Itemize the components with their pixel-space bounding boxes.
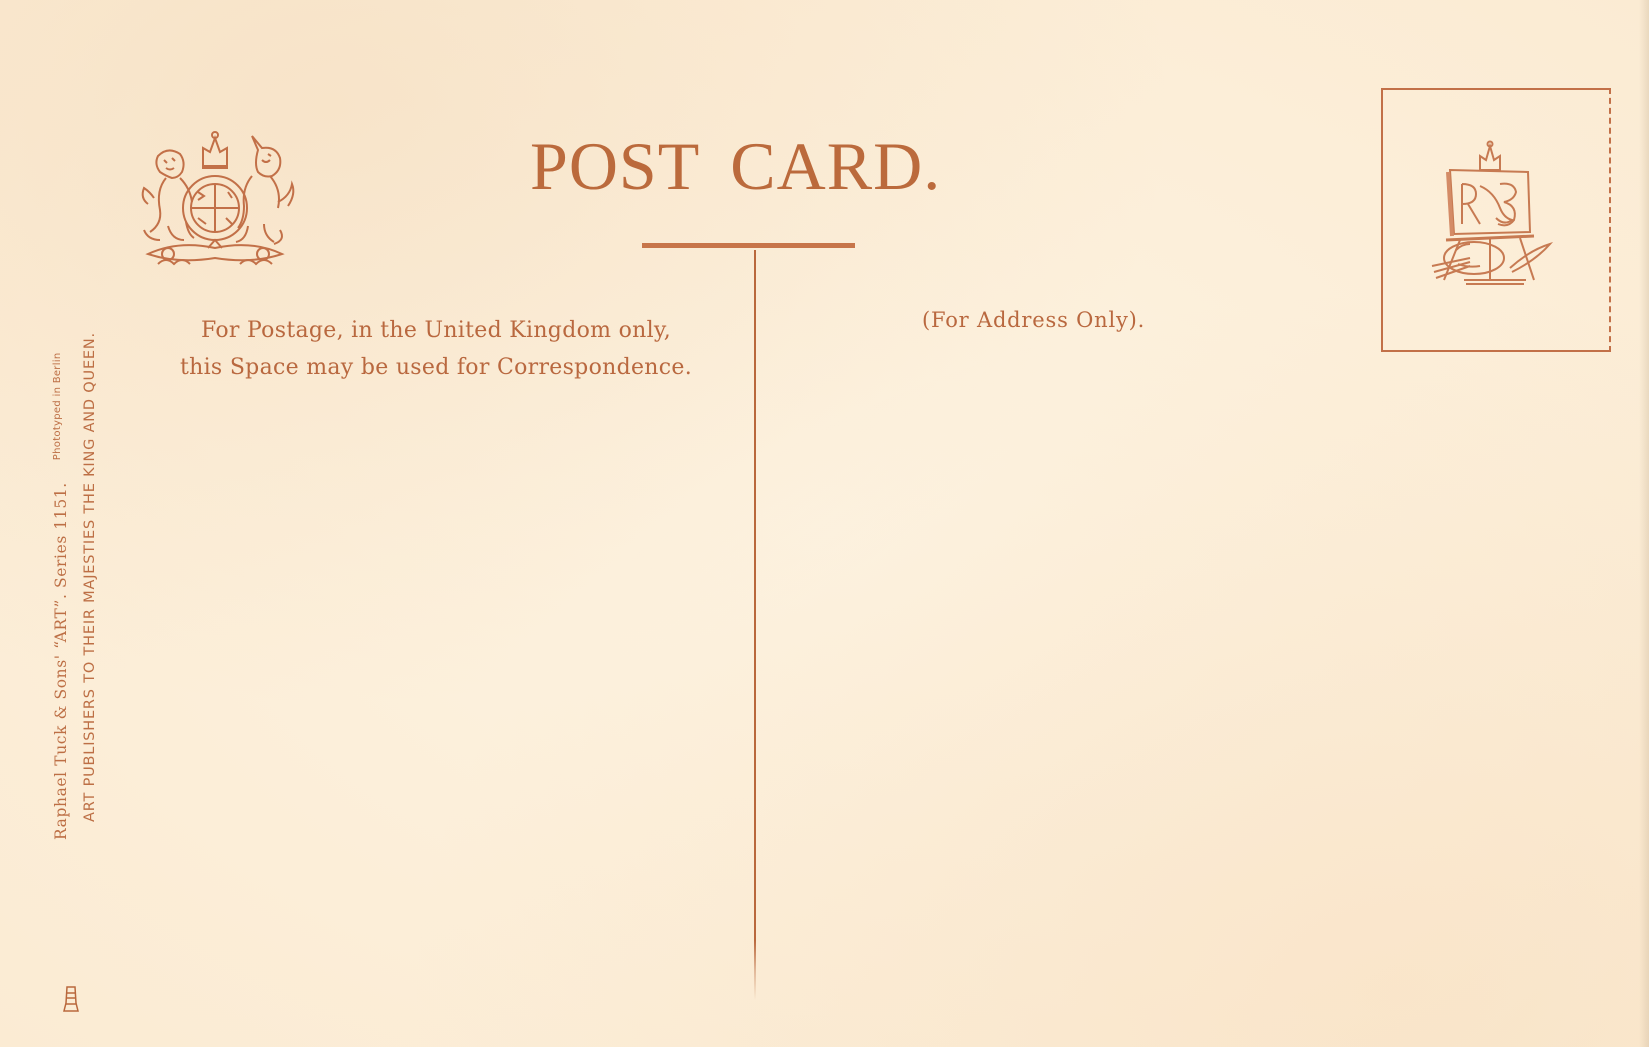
title-word-card: CARD. [730, 128, 941, 204]
tuck-easel-palette-logo-icon [1430, 140, 1560, 295]
postcard-title: POSTCARD. [530, 132, 941, 200]
printed-note: Phototyped in Berlin [52, 352, 63, 460]
correspondence-line-1: For Postage, in the United Kingdom only, [126, 312, 746, 349]
title-word-post: POST [530, 128, 700, 204]
royal-appointment-line: ART PUBLISHERS TO THEIR MAJESTIES THE KI… [82, 332, 98, 822]
printer-mark-icon [62, 985, 80, 1013]
publisher-line: Raphael Tuck & Sons' “ART”. Series 1151. [52, 482, 70, 840]
postcard-back: Raphael Tuck & Sons' “ART”. Series 1151.… [0, 0, 1649, 1047]
correspondence-instructions: For Postage, in the United Kingdom only,… [126, 312, 746, 386]
title-underline-divider [642, 243, 855, 248]
publisher-credit: Raphael Tuck & Sons' “ART”. Series 1151.… [52, 352, 70, 840]
correspondence-line-2: this Space may be used for Correspondenc… [126, 349, 746, 386]
royal-coat-of-arms-icon [128, 126, 303, 276]
center-divider-line [754, 250, 756, 1000]
address-label: (For Address Only). [922, 308, 1145, 332]
card-edge-shadow [1639, 0, 1649, 1047]
